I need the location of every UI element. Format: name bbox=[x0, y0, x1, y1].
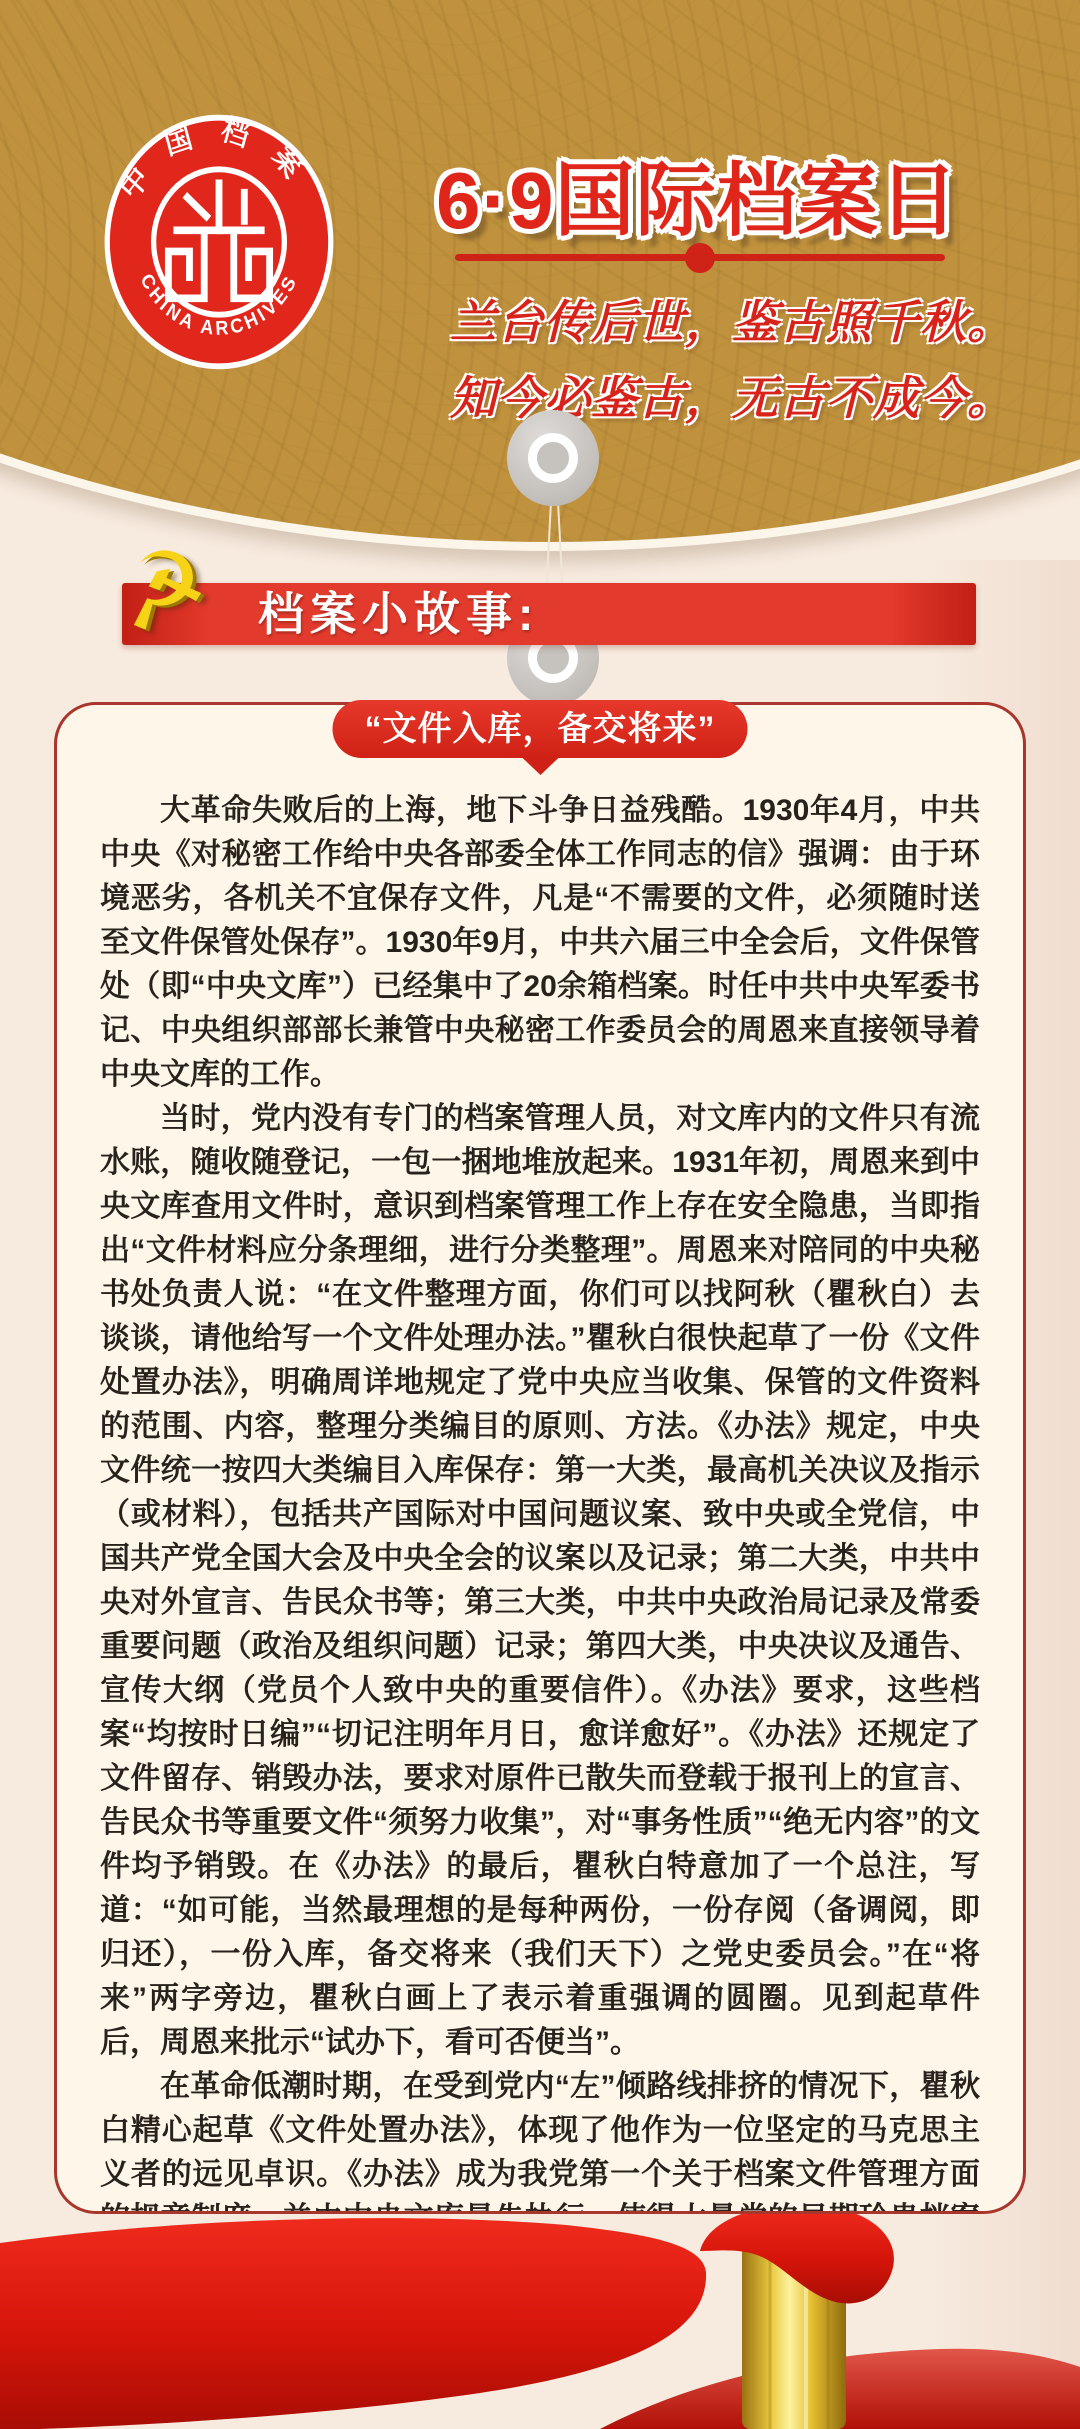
story-paragraph: 在革命低潮时期，在受到党内“左”倾路线排挤的情况下，瞿秋白精心起草《文件处置办法… bbox=[100, 2065, 980, 2214]
section-banner-label: 档案小故事: bbox=[258, 583, 539, 645]
section-banner: 档案小故事: bbox=[122, 583, 976, 645]
divider-dot-icon bbox=[685, 243, 715, 273]
story-paragraph: 当时，党内没有专门的档案管理人员，对文库内的文件只有流水账，随收随登记，一包一捆… bbox=[100, 1097, 980, 2065]
title-divider bbox=[455, 254, 945, 261]
page-title: 6·9国际档案日 bbox=[436, 136, 960, 251]
china-archives-logo-icon: 中国档案 CHINA ARCHIVES bbox=[103, 113, 335, 371]
story-title: “文件入库，备交将来” bbox=[365, 710, 716, 748]
story-body: 大革命失败后的上海，地下斗争日益残酷。1930年4月，中共中央《对秘密工作给中央… bbox=[100, 789, 980, 2214]
slogan-line-1: 兰台传后世，鉴古照千秋。 bbox=[450, 286, 1014, 352]
silk-wave-left bbox=[0, 2218, 706, 2429]
story-card: 大革命失败后的上海，地下斗争日益残酷。1930年4月，中共中央《对秘密工作给中央… bbox=[54, 702, 1026, 2214]
ribbon-notch-icon bbox=[520, 756, 560, 775]
archives-day-poster: 中国档案 CHINA ARCHIVES 6·9国际档案日 兰台传后世，鉴古照千秋… bbox=[0, 0, 1080, 2429]
story-paragraph: 大革命失败后的上海，地下斗争日益残酷。1930年4月，中共中央《对秘密工作给中央… bbox=[100, 789, 980, 1097]
hanging-disc-icon bbox=[507, 410, 599, 506]
silk-and-pillar-decoration bbox=[0, 2209, 1080, 2429]
story-title-ribbon: “文件入库，备交将来” bbox=[333, 700, 748, 758]
